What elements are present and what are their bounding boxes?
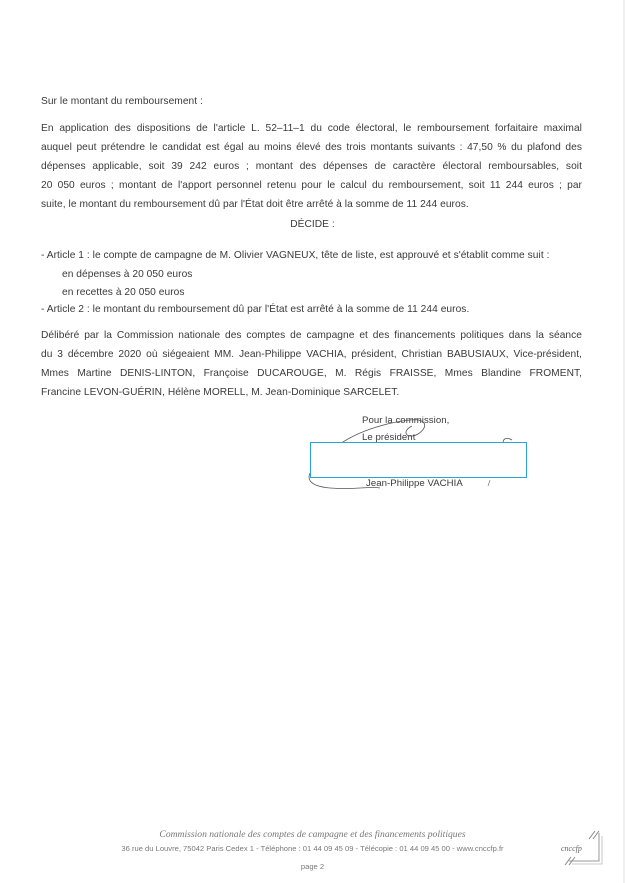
redaction-box bbox=[310, 442, 527, 478]
article-2: - Article 2 : le montant du remboursemen… bbox=[41, 300, 469, 319]
cnccfp-logo: cnccfp bbox=[559, 827, 605, 869]
article-1: - Article 1 : le compte de campagne de M… bbox=[41, 246, 549, 265]
logo-text: cnccfp bbox=[561, 844, 582, 853]
deliberation-paragraph: Délibéré par la Commission nationale des… bbox=[41, 326, 582, 402]
article-1-depenses: en dépenses à 20 050 euros bbox=[62, 265, 192, 284]
footer-address: 36 rue du Louvre, 75042 Paris Cedex 1 - … bbox=[0, 844, 625, 853]
paragraph-line: suite, le montant du remboursement dû pa… bbox=[41, 195, 582, 214]
decide-heading: DÉCIDE : bbox=[0, 215, 625, 234]
page-number: page 2 bbox=[0, 862, 625, 871]
paragraph-line: En application des dispositions de l'art… bbox=[41, 119, 582, 138]
document-page: Sur le montant du remboursement : En app… bbox=[0, 0, 625, 883]
deliberation-line: Délibéré par la Commission nationale des… bbox=[41, 326, 582, 345]
paragraph-line: auquel peut prétendre le candidat est ég… bbox=[41, 138, 582, 157]
paragraph-line: 20 050 euros ; montant de l'apport perso… bbox=[41, 176, 582, 195]
reimbursement-paragraph: En application des dispositions de l'art… bbox=[41, 119, 582, 214]
deliberation-line: Mmes Martine DENIS-LINTON, Françoise DUC… bbox=[41, 364, 582, 383]
paragraph-line: dépenses applicable, soit 39 242 euros ;… bbox=[41, 157, 582, 176]
deliberation-line: du 3 décembre 2020 où siégeaient MM. Jea… bbox=[41, 345, 582, 364]
section-heading: Sur le montant du remboursement : bbox=[41, 92, 203, 111]
footer-title: Commission nationale des comptes de camp… bbox=[0, 829, 625, 840]
deliberation-line: Francine LEVON-GUÉRIN, Hélène MORELL, M.… bbox=[41, 383, 582, 402]
